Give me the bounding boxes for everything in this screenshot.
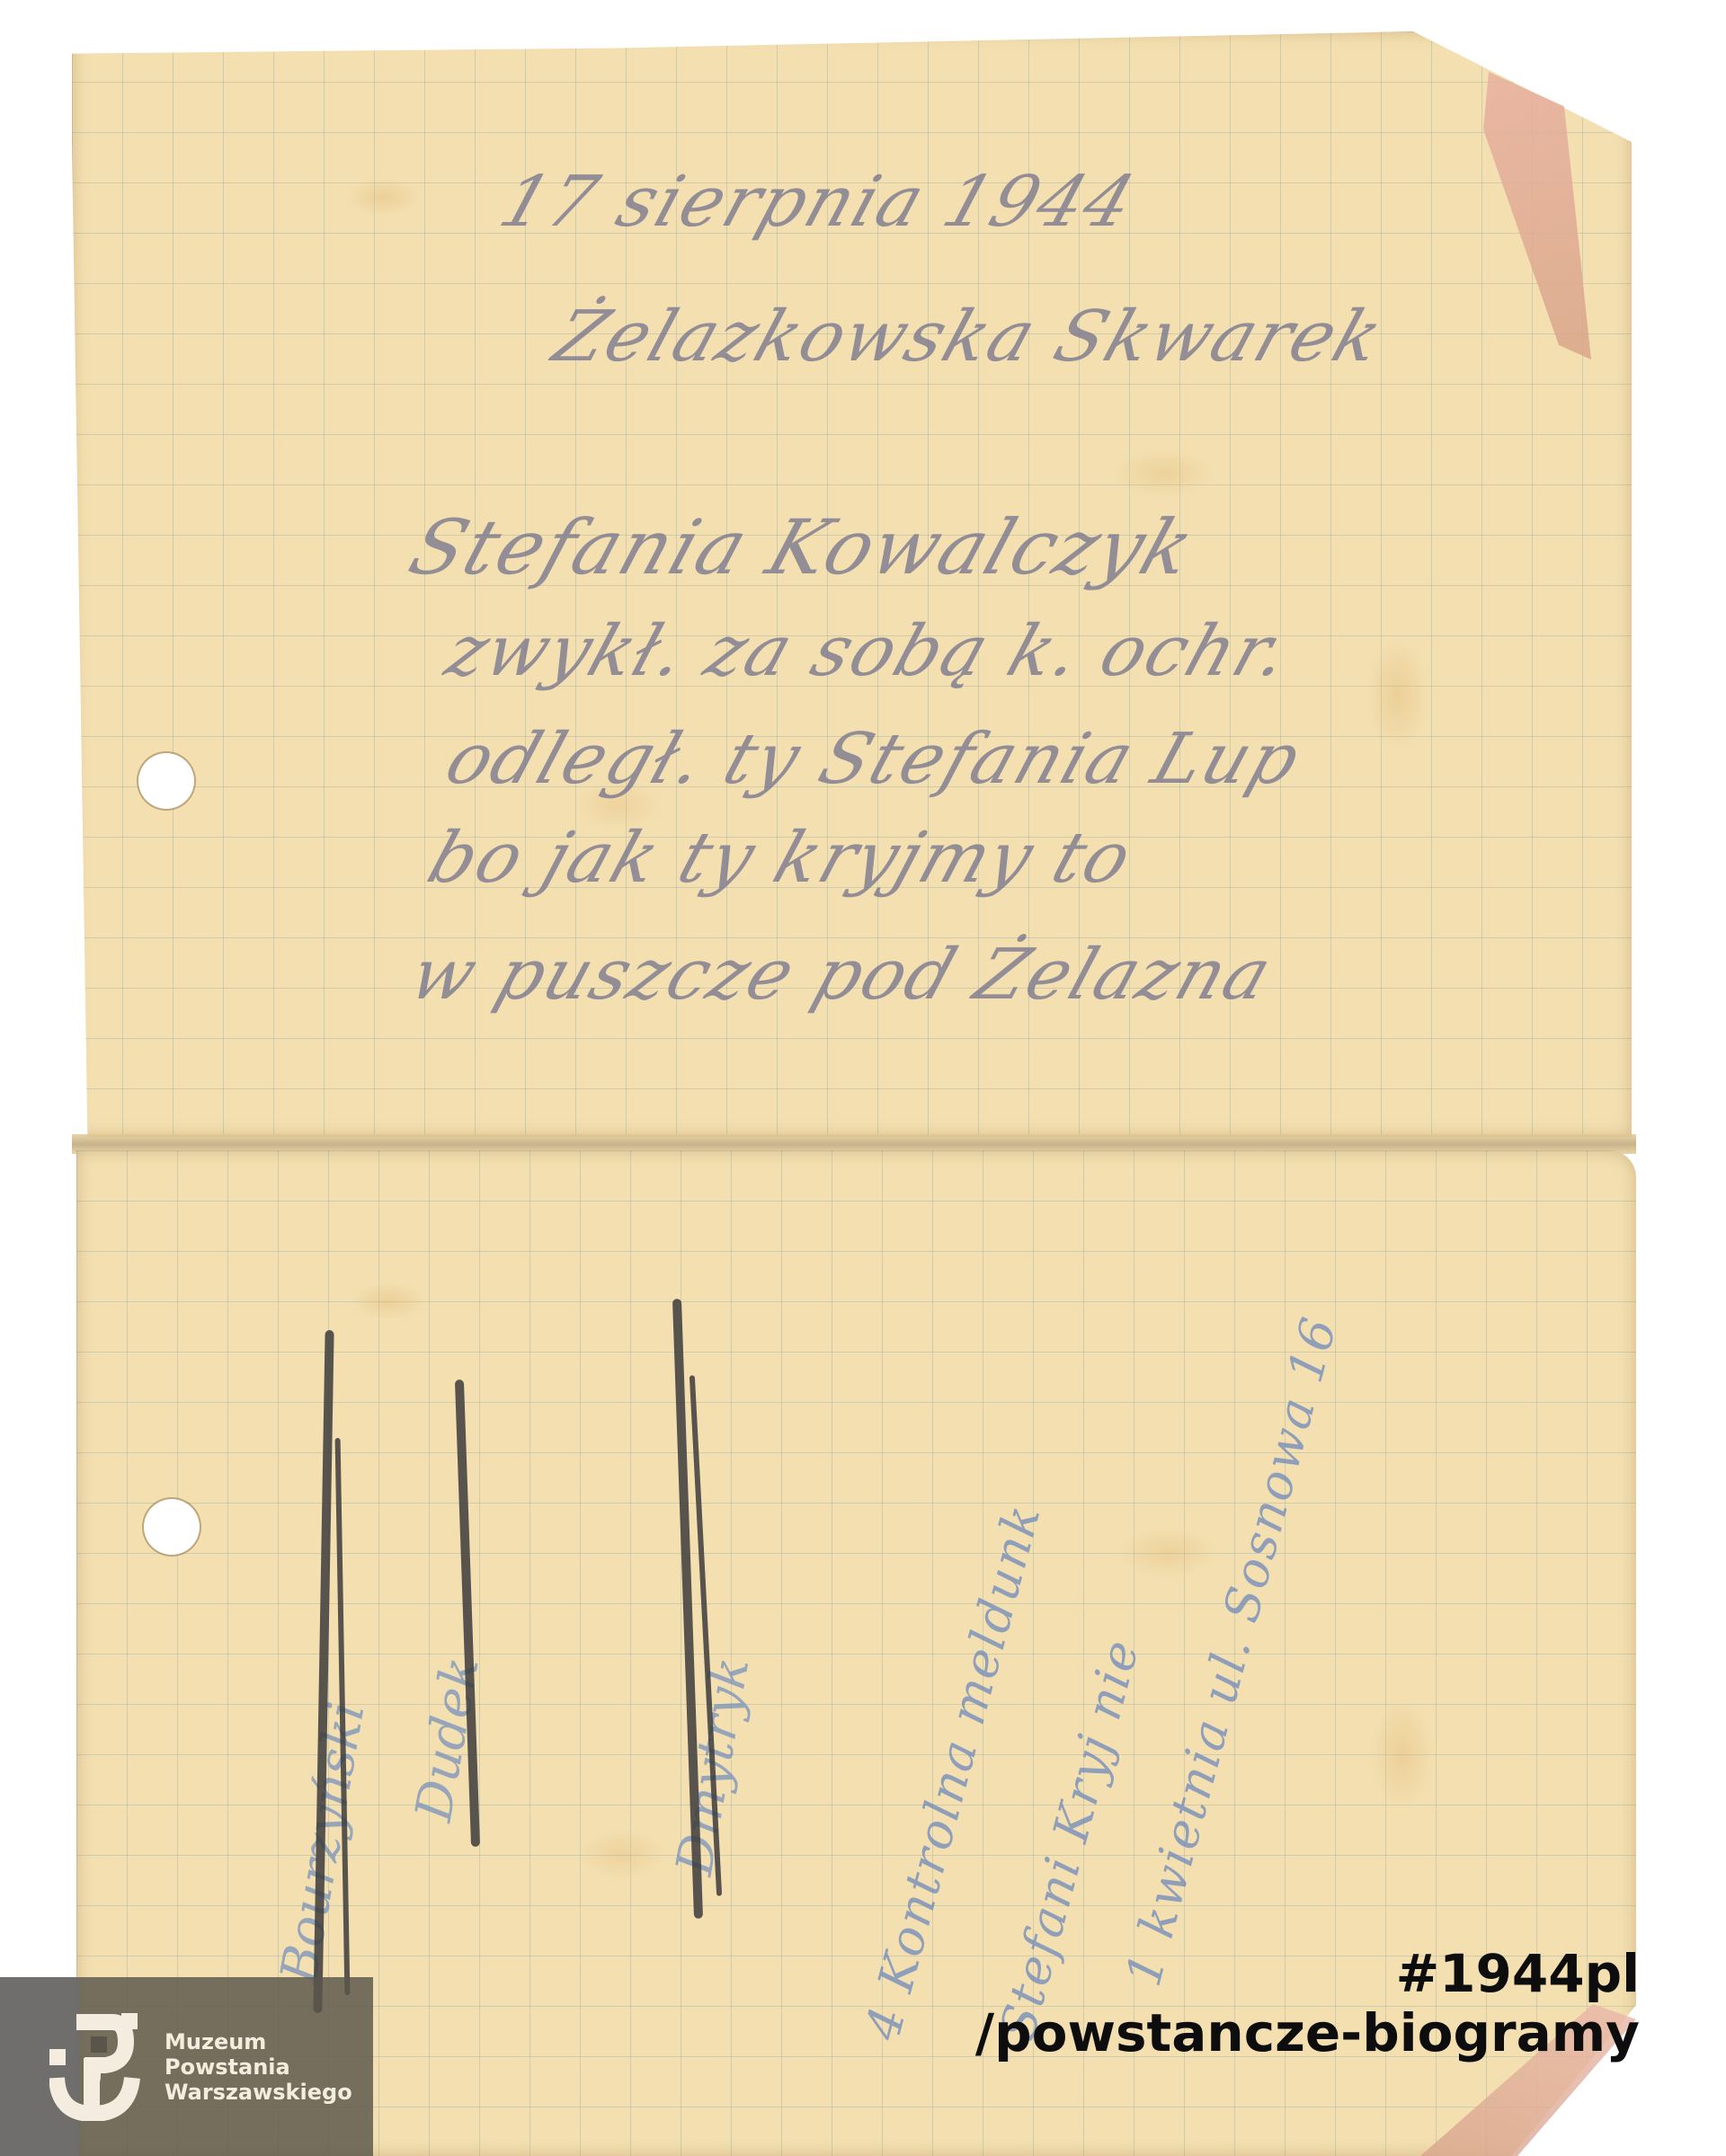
museum-name-line-1: Muzeum (165, 2029, 352, 2054)
punch-hole-top (138, 753, 194, 809)
handwritten-line-2: zwykł. za sobą k. ochr. (436, 611, 1300, 692)
museum-name: Muzeum Powstania Warszawskiego (165, 2029, 352, 2105)
handwritten-line-1: Stefania Kowalczyk (399, 503, 1206, 591)
punch-hole-bottom (144, 1499, 200, 1555)
museum-name-line-2: Powstania (165, 2054, 352, 2080)
museum-watermark: Muzeum Powstania Warszawskiego (0, 1977, 373, 2156)
hashtag-line-1: #1944pl (975, 1944, 1640, 2003)
handwritten-line-3: odległ. ty Stefania Lup (436, 719, 1311, 800)
handwritten-line-4: bo jak ty kryjmy to (418, 818, 1143, 899)
hashtag-caption: #1944pl /powstancze-biogramy (975, 1944, 1640, 2063)
handwritten-line-5: w puszcze pod Żelazna (400, 935, 1282, 1016)
hashtag-line-2: /powstancze-biogramy (975, 2003, 1640, 2063)
handwritten-date: 17 sierpnia 1944 (490, 162, 1145, 243)
kotwica-anchor-logo-icon (49, 2013, 148, 2121)
museum-name-line-3: Warszawskiego (165, 2080, 352, 2105)
handwritten-location: Żelazkowska Skwarek (544, 297, 1392, 377)
